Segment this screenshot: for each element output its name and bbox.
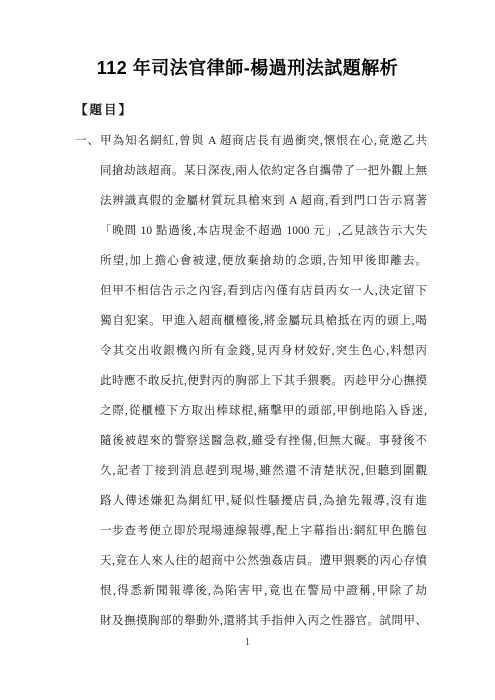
paragraph-line: 久,記者丁接到消息趕到現場,雖然還不清楚狀況,但聽到圍觀	[100, 456, 427, 486]
paragraph-line: 法辨識真假的金屬材質玩具槍來到 A 超商,看到門口告示寫著	[100, 186, 427, 216]
paragraph-line: 獨自犯案。甲進入超商櫃檯後,將金屬玩具槍抵在丙的頭上,喝	[100, 306, 427, 336]
paragraph-line: 財及撫摸胸部的舉動外,還將其手指伸入丙之性器官。試問甲、	[100, 606, 427, 636]
paragraph-line: 恨,得悉新聞報導後,為陷害甲,竟也在警局中證稱,甲除了劫	[100, 576, 427, 606]
paragraph-line: 隨後被趕來的警察送醫急救,雖受有挫傷,但無大礙。事發後不	[100, 426, 427, 456]
paragraph-line: 令其交出收銀機內所有金錢,見丙身材姣好,突生色心,料想丙	[100, 336, 427, 366]
paragraph-line: 天,竟在人來人往的超商中公然強姦店員。遭甲猥褻的丙心存憤	[100, 546, 427, 576]
paragraph-line: 之際,從櫃檯下方取出棒球棍,痛擊甲的頭部,甲倒地陷入昏迷,	[100, 396, 427, 426]
page-number: 1	[0, 637, 495, 648]
document-title: 112 年司法官律師-楊過刑法試題解析	[0, 56, 495, 80]
paragraph-line: 「晚間 10 點過後,本店現金不超過 1000 元」,乙見該告示大失	[100, 216, 427, 246]
paragraph-line: 一步查考便立即於現場連線報導,配上字幕指出:網紅甲色膽包	[100, 516, 427, 546]
question-paragraph: 一、甲為知名網紅,曾與 A 超商店長有過衝突,懷恨在心,竟邀乙共 同搶劫該超商。…	[75, 126, 427, 636]
paragraph-line: 同搶劫該超商。某日深夜,兩人依約定各自攜帶了一把外觀上無	[100, 156, 427, 186]
paragraph-line: 路人傳述嫌犯為網紅甲,疑似性騷擾店員,為搶先報導,沒有進	[100, 486, 427, 516]
paragraph-line: 但甲不相信告示之內容,看到店內僅有店員丙女一人,決定留下	[100, 276, 427, 306]
document-page: 112 年司法官律師-楊過刑法試題解析 【題目】 一、甲為知名網紅,曾與 A 超…	[0, 0, 495, 700]
paragraph-line: 所望,加上擔心會被逮,便放棄搶劫的念頭,告知甲後即離去。	[100, 246, 427, 276]
section-label: 【題目】	[75, 100, 133, 118]
paragraph-line: 一、甲為知名網紅,曾與 A 超商店長有過衝突,懷恨在心,竟邀乙共	[75, 126, 427, 156]
paragraph-line: 此時應不敢反抗,便對丙的胸部上下其手猥褻。丙趁甲分心撫摸	[100, 366, 427, 396]
